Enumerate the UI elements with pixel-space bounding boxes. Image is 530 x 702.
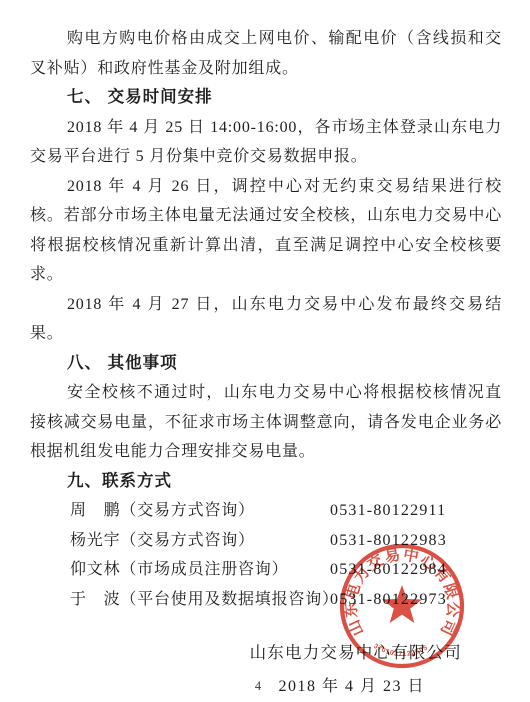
page-content: 购电方购电价格由成交上网电价、输配电价（含线损和交叉补贴）和政府性基金及附加组成… xyxy=(0,0,530,702)
contact-list: 周 鹏（交易方式咨询） 0531-80122911 杨光宇（交易方式咨询） 05… xyxy=(30,496,502,614)
contact-phone: 0531-80122973 xyxy=(330,585,447,615)
contact-phone: 0531-80122984 xyxy=(330,555,447,585)
section-heading-contacts: 九、联系方式 xyxy=(30,467,502,497)
page-number: 4 xyxy=(0,679,516,694)
document-page: { "document": { "intro": "购电方购电价格由成交上网电价… xyxy=(0,0,530,702)
paragraph-apr26-verification: 2018 年 4 月 26 日，调控中心对无约束交易结果进行校核。若部分市场主体… xyxy=(30,172,502,290)
contact-phone: 0531-80122911 xyxy=(330,496,446,526)
contact-row: 杨光宇（交易方式咨询） 0531-80122983 xyxy=(70,526,502,556)
paragraph-apr27-results: 2018 年 4 月 27 日，山东电力交易中心发布最终交易结果。 xyxy=(30,290,502,349)
paragraph-apr25-bidding: 2018 年 4 月 25 日 14:00-16:00，各市场主体登录山东电力交… xyxy=(30,113,502,172)
paragraph-other-matters: 安全校核不通过时，山东电力交易中心将根据校核情况直接核减交易电量，不征求市场主体… xyxy=(30,378,502,467)
paragraph-price-composition: 购电方购电价格由成交上网电价、输配电价（含线损和交叉补贴）和政府性基金及附加组成… xyxy=(30,24,502,83)
section-heading-trading-schedule: 七、 交易时间安排 xyxy=(30,83,502,113)
contact-row: 于 波（平台使用及数据填报咨询） 0531-80122973 xyxy=(70,585,502,615)
contact-name: 仰文林（市场成员注册咨询） xyxy=(70,555,330,585)
contact-name: 于 波（平台使用及数据填报咨询） xyxy=(70,585,330,615)
signature-company: 山东电力交易中心有限公司 xyxy=(30,636,502,670)
contact-phone: 0531-80122983 xyxy=(330,526,447,556)
section-heading-other-matters: 八、 其他事项 xyxy=(30,349,502,379)
contact-row: 仰文林（市场成员注册咨询） 0531-80122984 xyxy=(70,555,502,585)
contact-row: 周 鹏（交易方式咨询） 0531-80122911 xyxy=(70,496,502,526)
contact-name: 杨光宇（交易方式咨询） xyxy=(70,526,330,556)
contact-name: 周 鹏（交易方式咨询） xyxy=(70,496,330,526)
